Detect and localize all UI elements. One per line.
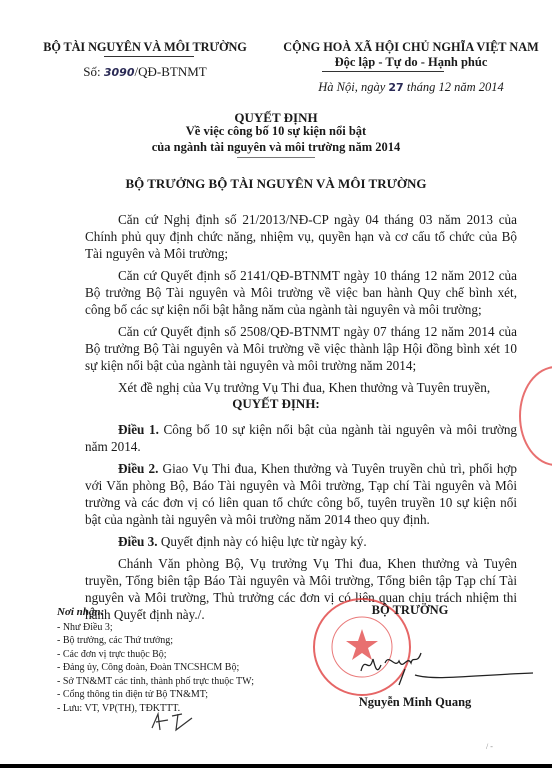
- doc-number-handwritten: 3090: [104, 66, 135, 79]
- signature-icon: [355, 645, 535, 695]
- decision-heading: QUYẾT ĐỊNH:: [0, 396, 552, 412]
- motto-underline: [322, 71, 444, 72]
- subject-line-2: của ngành tài nguyên và môi trường năm 2…: [0, 140, 552, 155]
- recipient-item: - Cổng thông tin điện tử Bộ TN&MT;: [57, 688, 254, 702]
- preamble-clause: Căn cứ Nghị định số 21/2013/NĐ-CP ngày 0…: [85, 211, 517, 262]
- recipient-item: - Các đơn vị trực thuộc Bộ;: [57, 648, 254, 662]
- scan-mark: / -: [486, 742, 493, 751]
- preamble: Căn cứ Nghị định số 21/2013/NĐ-CP ngày 0…: [85, 211, 517, 401]
- article-1: Điều 1. Công bố 10 sự kiện nổi bật của n…: [85, 421, 517, 455]
- article-label: Điều 1.: [118, 422, 159, 437]
- subject-line-1: Về việc công bố 10 sự kiện nổi bật: [0, 124, 552, 139]
- stamp-margin-icon: [519, 366, 552, 466]
- country-name: CỘNG HOÀ XÃ HỘI CHỦ NGHĨA VIỆT NAM: [270, 40, 552, 55]
- national-motto: Độc lập - Tự do - Hạnh phúc: [270, 55, 552, 70]
- article-text: Quyết định này có hiệu lực từ ngày ký.: [158, 534, 367, 549]
- recipients-heading: Nơi nhận:: [57, 606, 254, 620]
- ministry-name: BỘ TÀI NGUYÊN VÀ MÔI TRƯỜNG: [30, 40, 260, 55]
- doc-number-suffix: /QĐ-BTNMT: [135, 64, 207, 79]
- article-label: Điều 2.: [118, 461, 158, 476]
- preamble-clause: Căn cứ Quyết định số 2141/QĐ-BTNMT ngày …: [85, 267, 517, 318]
- date-suffix: tháng 12 năm 2014: [404, 80, 504, 94]
- preamble-clause: Xét đề nghị của Vụ trưởng Vụ Thi đua, Kh…: [85, 379, 517, 396]
- date-day-handwritten: 27: [388, 81, 403, 94]
- subject-underline: [237, 157, 315, 158]
- scan-bottom-edge: [0, 764, 552, 768]
- issuing-authority: BỘ TRƯỞNG BỘ TÀI NGUYÊN VÀ MÔI TRƯỜNG: [0, 176, 552, 192]
- recipients-list: Nơi nhận: - Như Điều 3; - Bộ trưởng, các…: [57, 606, 254, 715]
- article-2: Điều 2. Giao Vụ Thi đua, Khen thưởng và …: [85, 460, 517, 528]
- article-3: Điều 3. Quyết định này có hiệu lực từ ng…: [85, 533, 517, 550]
- issue-date: Hà Nội, ngày 27 tháng 12 năm 2014: [270, 80, 552, 95]
- signatory-title: BỘ TRƯỞNG: [360, 603, 460, 618]
- ministry-underline: [104, 56, 194, 57]
- articles: Điều 1. Công bố 10 sự kiện nổi bật của n…: [85, 421, 517, 628]
- recipient-item: - Đảng ủy, Công đoàn, Đoàn TNCSHCM Bộ;: [57, 661, 254, 675]
- initials-scribble-icon: [148, 708, 218, 738]
- recipient-item: - Như Điều 3;: [57, 621, 254, 635]
- preamble-clause: Căn cứ Quyết định số 2508/QĐ-BTNMT ngày …: [85, 323, 517, 374]
- document-number: Số: 3090/QĐ-BTNMT: [30, 64, 260, 80]
- article-label: Điều 3.: [118, 534, 158, 549]
- signatory-name: Nguyễn Minh Quang: [330, 695, 500, 710]
- date-prefix: Hà Nội, ngày: [318, 80, 388, 94]
- doc-number-prefix: Số:: [83, 64, 104, 79]
- recipient-item: - Bộ trưởng, các Thứ trưởng;: [57, 634, 254, 648]
- recipient-item: - Sở TN&MT các tỉnh, thành phố trực thuộ…: [57, 675, 254, 689]
